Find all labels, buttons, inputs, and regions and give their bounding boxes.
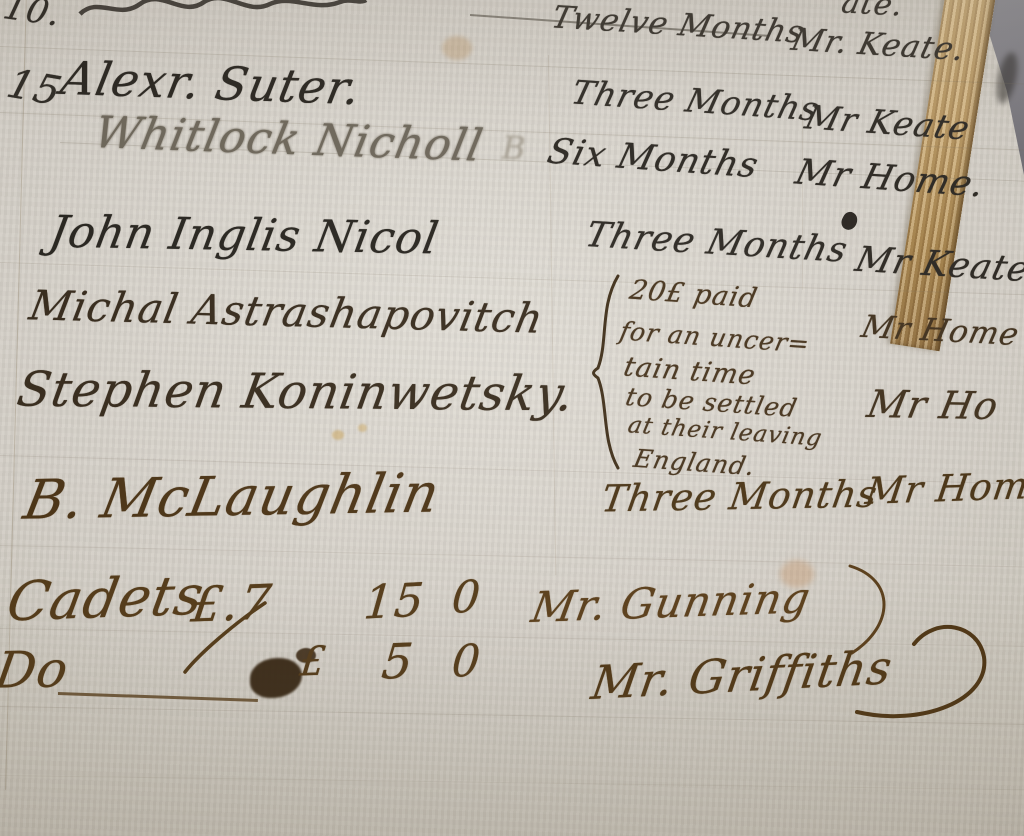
ink-smudge: B: [501, 132, 527, 165]
surgeon: Mr Ho: [864, 385, 1002, 425]
surgeon: Mr Hom: [863, 467, 1024, 510]
duration: Three Months: [582, 218, 851, 269]
ledger-page-photo: 10. 15 ate. Twelve Months Mr. Keate. Ale…: [0, 0, 1024, 836]
entry-label: Do: [0, 644, 72, 695]
pound-tail-flourish: [180, 598, 270, 678]
paper-stain: [442, 36, 472, 60]
duration: Three Months: [599, 476, 880, 518]
paper-stain: [358, 424, 367, 432]
pupil-name: Stephen Koninwetsky.: [14, 366, 578, 419]
surgeon: Mr Home: [859, 312, 1023, 351]
entry-label: Cadets: [3, 568, 208, 629]
clipped-name-strokes: [78, 0, 368, 22]
brace: [588, 272, 622, 472]
surgeon: Mr Keate: [802, 101, 974, 145]
amount-pounds: £: [298, 641, 329, 682]
pupil-name: John Inglis Nicol: [46, 211, 442, 262]
pupil-name: Michal Astrashapovitch: [26, 285, 547, 339]
surgeon: Mr Keate: [852, 243, 1024, 288]
pupil-name: Whitlock Nicholl: [91, 111, 487, 168]
signature-flourish-large: [852, 612, 1002, 727]
amount-pence: 0: [450, 575, 483, 621]
margin-number: 15: [3, 64, 66, 112]
surgeon: Mr. Gunning: [528, 577, 814, 629]
surgeon: Mr. Griffiths: [589, 644, 896, 706]
duration: Three Months: [568, 76, 822, 126]
note-line: for an uncer=: [618, 319, 813, 357]
pupil-name: Alexr. Suter.: [58, 55, 365, 111]
duration: Six Months: [544, 135, 762, 184]
pupil-name: B. McLaughlin: [20, 466, 445, 527]
surgeon: Mr. Keate.: [788, 25, 968, 66]
amount-shillings: 5: [379, 637, 416, 686]
note-line: 20£ paid: [627, 277, 760, 313]
amount-shillings: 15: [362, 576, 427, 625]
top-right-fragment: ate.: [839, 0, 906, 21]
margin-number: 10.: [0, 0, 65, 32]
ruled-line: [0, 775, 1024, 791]
ink-blob: [839, 210, 861, 233]
paper-stain: [332, 430, 344, 440]
amount-pence: 0: [450, 639, 483, 685]
duration: Twelve Months: [549, 3, 808, 49]
surgeon: Mr Home.: [792, 156, 988, 204]
ditto-dash: [58, 692, 258, 702]
